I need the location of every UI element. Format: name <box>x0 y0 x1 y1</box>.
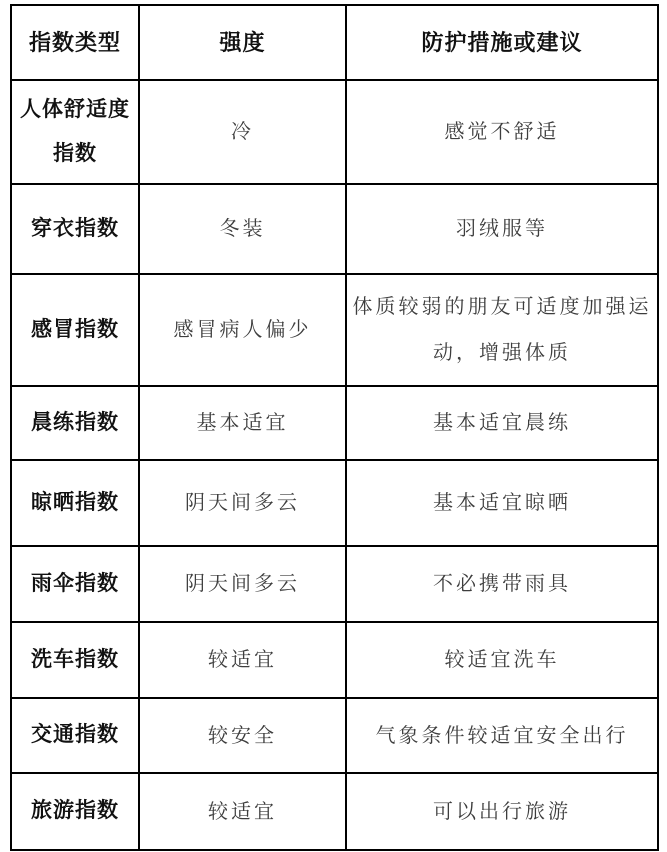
cell-advice: 体质较弱的朋友可适度加强运动，增强体质 <box>346 274 658 386</box>
cell-advice: 基本适宜晾晒 <box>346 460 658 546</box>
table-row: 交通指数 较安全 气象条件较适宜安全出行 <box>11 698 658 773</box>
table-row: 感冒指数 感冒病人偏少 体质较弱的朋友可适度加强运动，增强体质 <box>11 274 658 386</box>
header-strength: 强度 <box>139 5 346 80</box>
cell-index-type: 晾晒指数 <box>11 460 139 546</box>
cell-advice: 感觉不舒适 <box>346 80 658 184</box>
cell-index-type: 交通指数 <box>11 698 139 773</box>
cell-index-type: 人体舒适度指数 <box>11 80 139 184</box>
cell-advice: 可以出行旅游 <box>346 773 658 850</box>
table-row: 旅游指数 较适宜 可以出行旅游 <box>11 773 658 850</box>
cell-advice: 较适宜洗车 <box>346 622 658 698</box>
table-row: 雨伞指数 阴天间多云 不必携带雨具 <box>11 546 658 622</box>
table-row: 洗车指数 较适宜 较适宜洗车 <box>11 622 658 698</box>
header-advice: 防护措施或建议 <box>346 5 658 80</box>
cell-strength: 冬装 <box>139 184 346 274</box>
cell-strength: 感冒病人偏少 <box>139 274 346 386</box>
cell-advice: 不必携带雨具 <box>346 546 658 622</box>
table-row: 穿衣指数 冬装 羽绒服等 <box>11 184 658 274</box>
cell-index-type: 晨练指数 <box>11 386 139 460</box>
document-page: 指数类型 强度 防护措施或建议 人体舒适度指数 冷 感觉不舒适 穿衣指数 冬装 … <box>0 0 667 852</box>
cell-index-type: 雨伞指数 <box>11 546 139 622</box>
cell-advice: 基本适宜晨练 <box>346 386 658 460</box>
table-row: 晨练指数 基本适宜 基本适宜晨练 <box>11 386 658 460</box>
table-row: 晾晒指数 阴天间多云 基本适宜晾晒 <box>11 460 658 546</box>
cell-strength: 阴天间多云 <box>139 546 346 622</box>
cell-advice: 气象条件较适宜安全出行 <box>346 698 658 773</box>
cell-index-type: 洗车指数 <box>11 622 139 698</box>
cell-strength: 较安全 <box>139 698 346 773</box>
table-header-row: 指数类型 强度 防护措施或建议 <box>11 5 658 80</box>
cell-strength: 基本适宜 <box>139 386 346 460</box>
cell-index-type: 穿衣指数 <box>11 184 139 274</box>
cell-strength: 冷 <box>139 80 346 184</box>
header-index-type: 指数类型 <box>11 5 139 80</box>
cell-index-type: 旅游指数 <box>11 773 139 850</box>
table-row: 人体舒适度指数 冷 感觉不舒适 <box>11 80 658 184</box>
cell-index-type: 感冒指数 <box>11 274 139 386</box>
weather-index-table: 指数类型 强度 防护措施或建议 人体舒适度指数 冷 感觉不舒适 穿衣指数 冬装 … <box>10 4 659 851</box>
cell-advice: 羽绒服等 <box>346 184 658 274</box>
cell-strength: 较适宜 <box>139 773 346 850</box>
cell-strength: 较适宜 <box>139 622 346 698</box>
cell-strength: 阴天间多云 <box>139 460 346 546</box>
